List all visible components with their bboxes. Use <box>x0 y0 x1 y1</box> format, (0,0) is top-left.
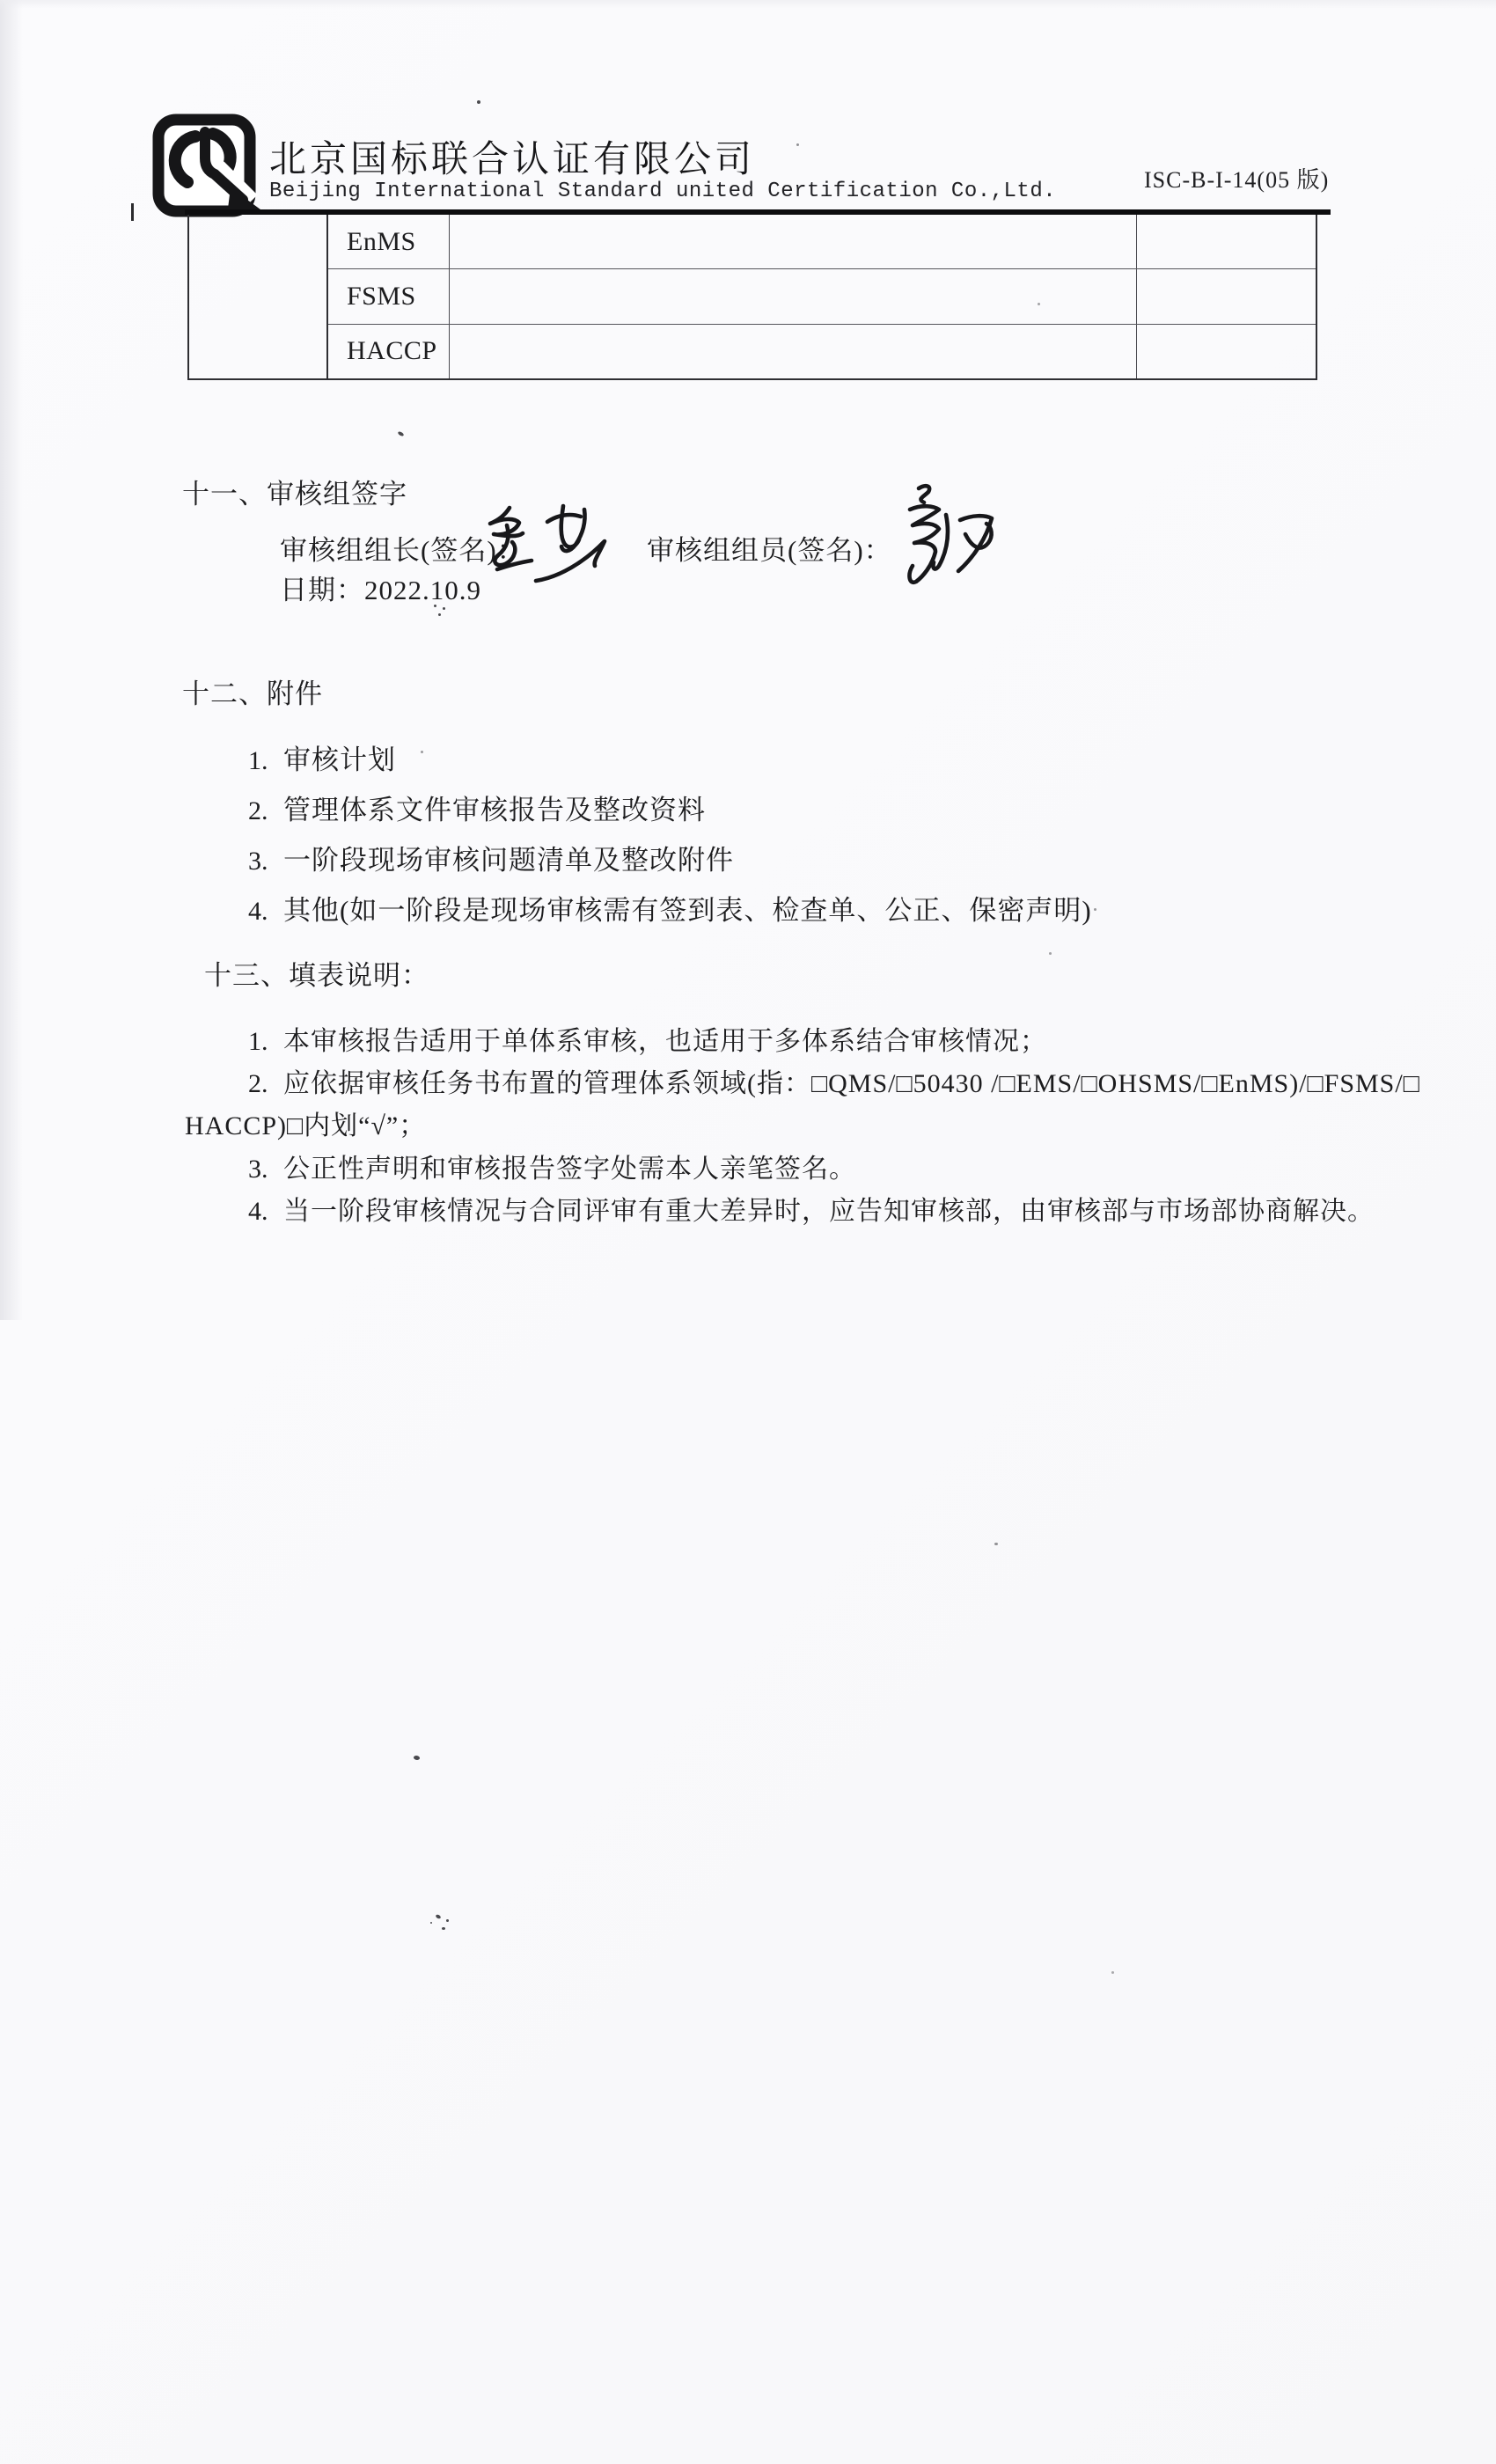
leader-signature-strokes <box>478 502 614 594</box>
scan-speck <box>1111 1971 1114 1974</box>
attachment-item: 3.一阶段现场审核问题清单及整改附件 <box>248 838 734 877</box>
content-cell <box>450 215 1137 268</box>
system-label-cell: EnMS <box>328 215 450 268</box>
instruction-item: 1.本审核报告适用于单体系审核，也适用于多体系结合审核情况； <box>248 1019 1047 1058</box>
member-signature <box>861 482 1001 597</box>
item-number: 1. <box>248 746 283 776</box>
instruction-item: 3.公正性声明和审核报告签字处需本人亲笔签名。 <box>248 1147 856 1185</box>
table-row: FSMS <box>328 269 1316 324</box>
item-text: 管理体系文件审核报告及整改资料 <box>283 795 706 825</box>
scan-speck <box>442 1927 445 1930</box>
table-row: EnMS <box>328 215 1316 269</box>
content-cell <box>450 325 1137 378</box>
item-number: 2. <box>248 796 283 826</box>
section-13-title: 十三、填表说明： <box>204 953 429 993</box>
system-label-cell: FSMS <box>328 269 450 323</box>
scan-speck <box>438 613 441 616</box>
item-number: 2. <box>248 1069 283 1099</box>
item-text: 公正性声明和审核报告签字处需本人亲笔签名。 <box>283 1155 856 1184</box>
attachment-item: 2.管理体系文件审核报告及整改资料 <box>248 788 706 827</box>
member-signature-strokes <box>861 482 1001 597</box>
item-text: HACCP)□内划“√”； <box>185 1111 426 1140</box>
instruction-item: 4.当一阶段审核情况与合同评审有重大差异时，应告知审核部，由审核部与市场部协商解… <box>248 1189 1375 1228</box>
scan-speck <box>413 1755 420 1761</box>
scan-speck <box>477 100 480 104</box>
scan-speck <box>1094 908 1096 911</box>
scan-speck <box>131 203 134 221</box>
item-number: 3. <box>248 847 283 876</box>
scan-speck <box>994 1543 998 1545</box>
item-text: 本审核报告适用于单体系审核，也适用于多体系结合审核情况； <box>283 1027 1047 1056</box>
instruction-item: 2.应依据审核任务书布置的管理体系领域(指：□QMS/□50430 /□EMS/… <box>248 1061 1420 1100</box>
company-name-en: Beijing International Standard united Ce… <box>269 180 1056 203</box>
form-code: ISC-B-I-14(05 版) <box>1144 162 1329 194</box>
scan-edge-shadow-top <box>0 0 1496 9</box>
company-name-cn: 北京国标联合认证有限公司 <box>269 130 755 183</box>
scan-edge-shadow-left <box>0 0 23 1320</box>
table-row: HACCP <box>328 325 1316 378</box>
item-number: 1. <box>248 1027 283 1057</box>
attachment-item: 4.其他(如一阶段是现场审核需有签到表、检查单、公正、保密声明) <box>248 888 1092 928</box>
scan-speck <box>1049 952 1052 955</box>
signature-date: 日期：2022.10.9 <box>280 568 481 607</box>
item-number: 4. <box>248 1197 283 1227</box>
scan-speck <box>796 143 799 146</box>
content-cell <box>450 269 1137 323</box>
item-text: 审核计划 <box>283 744 396 775</box>
instruction-item-continuation: HACCP)□内划“√”； <box>185 1104 426 1142</box>
item-number: 4. <box>248 897 283 927</box>
scan-speck <box>443 607 445 610</box>
section-12-title: 十二、附件 <box>182 671 323 711</box>
scan-speck <box>446 1919 449 1922</box>
scanned-document-page: 北京国标联合认证有限公司 Beijing International Stand… <box>0 0 1496 2464</box>
result-cell <box>1137 325 1316 378</box>
scan-speck <box>421 751 423 753</box>
result-cell <box>1137 215 1316 268</box>
scan-speck <box>398 430 405 436</box>
leader-signature <box>478 502 614 594</box>
member-signature-label: 审核组组员(签名)： <box>647 528 892 568</box>
table-merged-label-cell <box>189 215 328 378</box>
system-label-cell: HACCP <box>328 325 450 378</box>
result-cell <box>1137 269 1316 323</box>
scan-speck <box>435 1914 441 1919</box>
item-text: 一阶段现场审核问题清单及整改附件 <box>283 845 734 876</box>
item-text: 应依据审核任务书布置的管理体系领域(指：□QMS/□50430 /□EMS/□O… <box>283 1069 1420 1098</box>
item-text: 其他(如一阶段是现场审核需有签到表、检查单、公正、保密声明) <box>283 895 1092 926</box>
section-11-title: 十一、审核组签字 <box>182 472 407 511</box>
item-text: 当一阶段审核情况与合同评审有重大差异时，应告知审核部，由审核部与市场部协商解决。 <box>283 1197 1375 1226</box>
attachment-item: 1.审核计划 <box>248 737 396 777</box>
scan-speck <box>430 1922 432 1924</box>
system-audit-table: EnMS FSMS HACCP <box>187 215 1317 380</box>
item-number: 3. <box>248 1155 283 1184</box>
